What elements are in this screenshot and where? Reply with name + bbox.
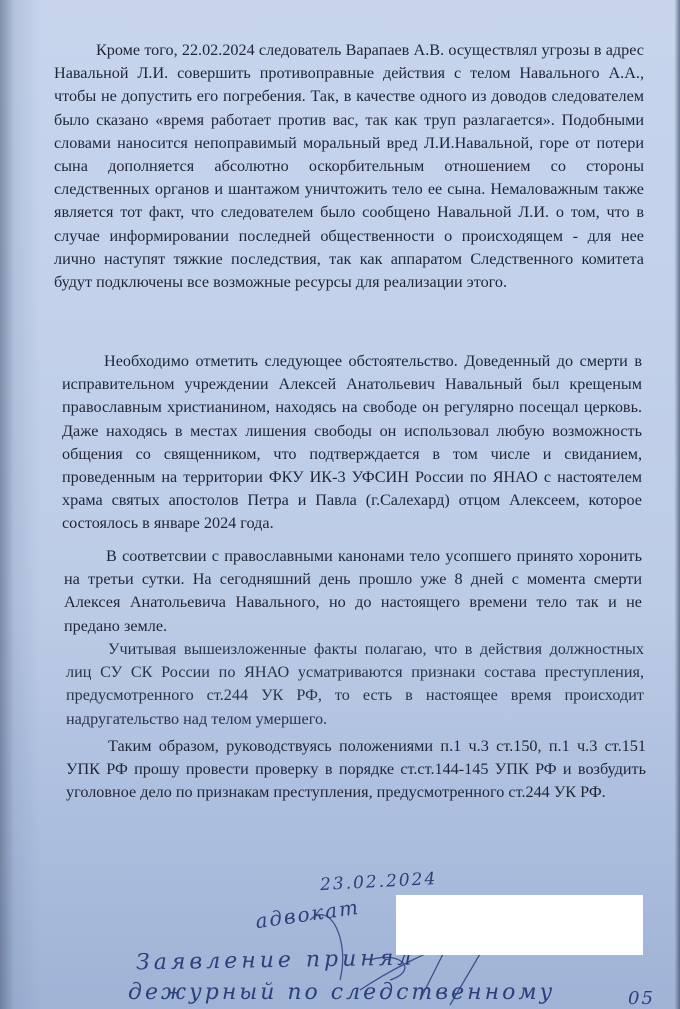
paragraph-canons: В соответсвии с православными канонами т… (64, 545, 642, 638)
handwritten-note-line1: Заявление принял (136, 946, 416, 976)
paragraph-text: Необходимо отметить следующее обстоятель… (62, 350, 642, 536)
paragraph-crime: Учитывая вышеизложенные факты полагаю, ч… (66, 638, 644, 731)
paragraph-text: Таким образом, руководствуясь положениям… (66, 735, 646, 805)
paragraph-faith: Необходимо отметить следующее обстоятель… (62, 350, 642, 536)
paragraph-text: В соответсвии с православными канонами т… (64, 545, 642, 638)
handwritten-note-line2: дежурный по следственному (128, 980, 555, 1005)
paragraph-request: Таким образом, руководствуясь положениям… (66, 735, 646, 805)
redaction-box (396, 895, 643, 955)
document-photo: Кроме того, 22.02.2024 следователь Варап… (0, 0, 680, 1009)
page-edge-shadow (674, 0, 680, 1009)
handwritten-signer-role: адвокат (254, 895, 361, 933)
handwritten-note-suffix: 05 (628, 988, 655, 1009)
handwritten-date: 23.02.2024 (320, 869, 438, 895)
paragraph-threats: Кроме того, 22.02.2024 следователь Варап… (54, 39, 644, 294)
paragraph-text: Кроме того, 22.02.2024 следователь Варап… (54, 39, 644, 294)
paragraph-text: Учитывая вышеизложенные факты полагаю, ч… (66, 638, 644, 731)
